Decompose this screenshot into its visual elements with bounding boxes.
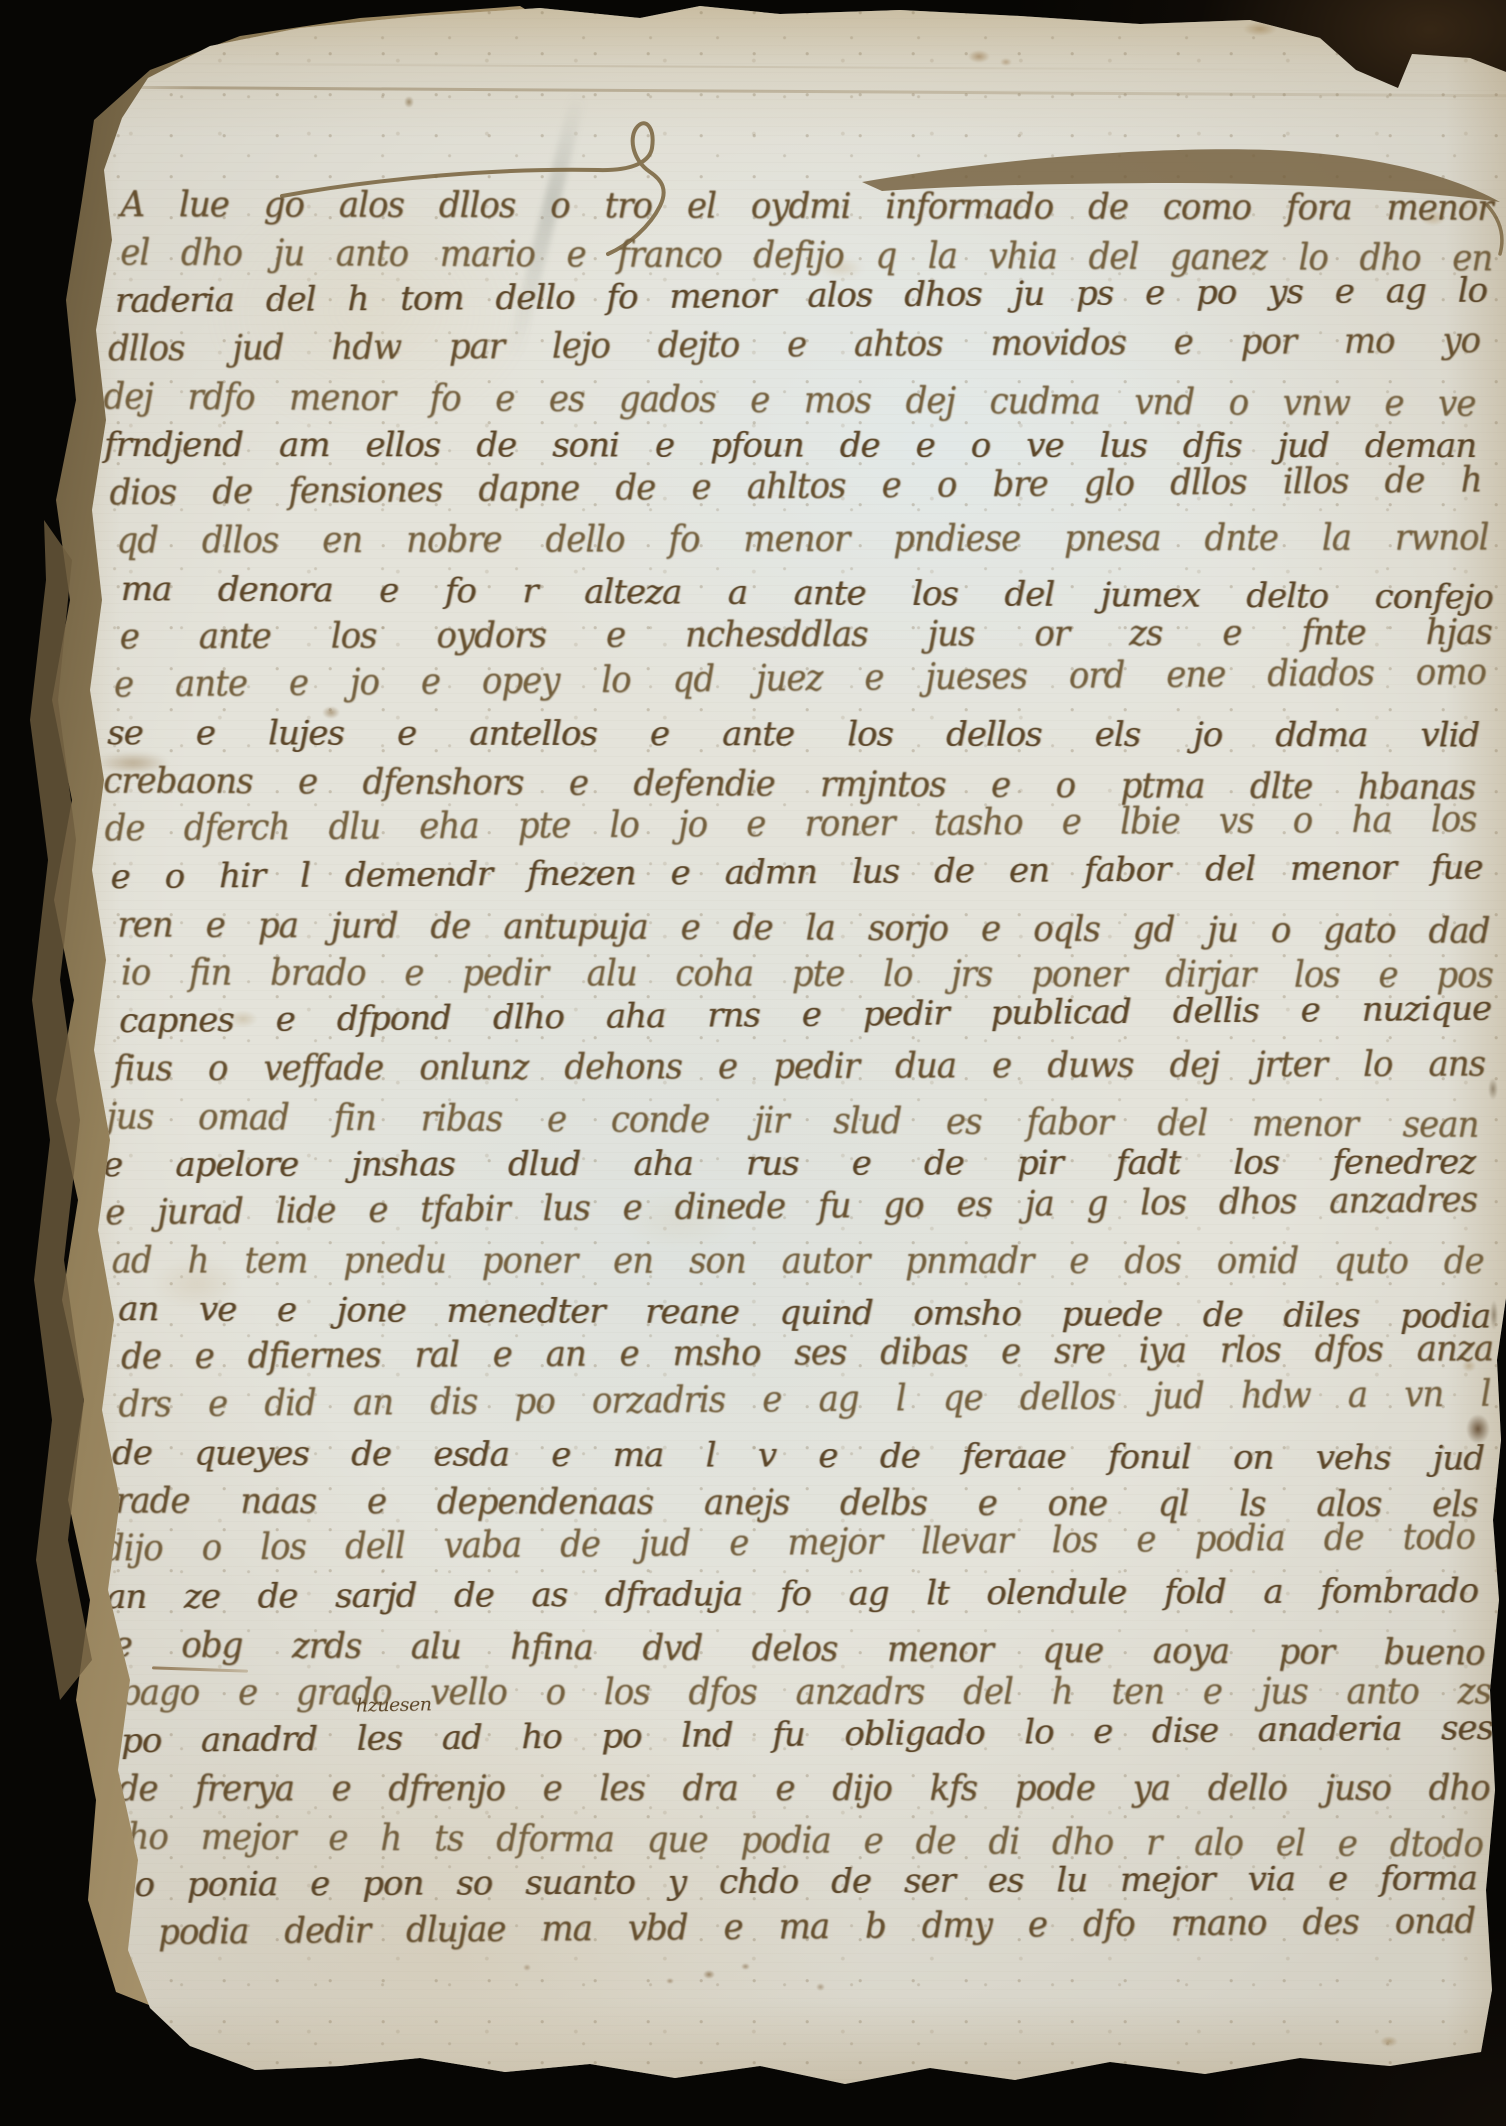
ink-stain bbox=[1488, 1078, 1498, 1100]
manuscript-line: de queyes de esda e ma l v e de feraae f… bbox=[112, 1433, 1484, 1486]
ink-stain bbox=[1494, 1538, 1506, 1582]
manuscript-line: fius o veffade onlunz dehons e pedir dua… bbox=[113, 1043, 1485, 1098]
interlinear-insertion: hzuesen bbox=[356, 1693, 432, 1716]
text-block: A lue go alos dllos o tro el oydmi infor… bbox=[112, 0, 1484, 2126]
manuscript-line: an ze de sarjd de as dfraduja fo ag lt o… bbox=[106, 1571, 1478, 1625]
manuscript-line: dllos jud hdw par lejo dejto e ahtos mov… bbox=[108, 320, 1480, 378]
manuscript-line: de frerya e dfrenjo e les dra e dijo kfs… bbox=[118, 1767, 1490, 1818]
manuscript-line: qd dllos en nobre dello fo menor pndiese… bbox=[116, 516, 1488, 571]
manuscript-line: e o hir l demendr fnezen e admn lus de e… bbox=[110, 848, 1482, 905]
manuscript-line: drs e did an dis po orzadris e ag l qe d… bbox=[118, 1372, 1490, 1435]
manuscript-line: e podia dedir dlujae ma vbd e ma b dmy e… bbox=[103, 1900, 1475, 1962]
ink-stain bbox=[1490, 1300, 1498, 1330]
manuscript-line: ad h tem pnedu poner en son autor pnmadr… bbox=[112, 1239, 1484, 1292]
manuscript-line: A lue go alos dllos o tro el oydmi infor… bbox=[120, 184, 1492, 238]
manuscript-page: A lue go alos dllos o tro el oydmi infor… bbox=[0, 0, 1506, 2126]
manuscript-line: se e lujes e antellos e ante los dellos … bbox=[107, 713, 1479, 763]
manuscript-line: dijo o los dell vaba de jud e mejor llev… bbox=[103, 1515, 1475, 1579]
scanned-manuscript: A lue go alos dllos o tro el oydmi infor… bbox=[0, 0, 1506, 2126]
